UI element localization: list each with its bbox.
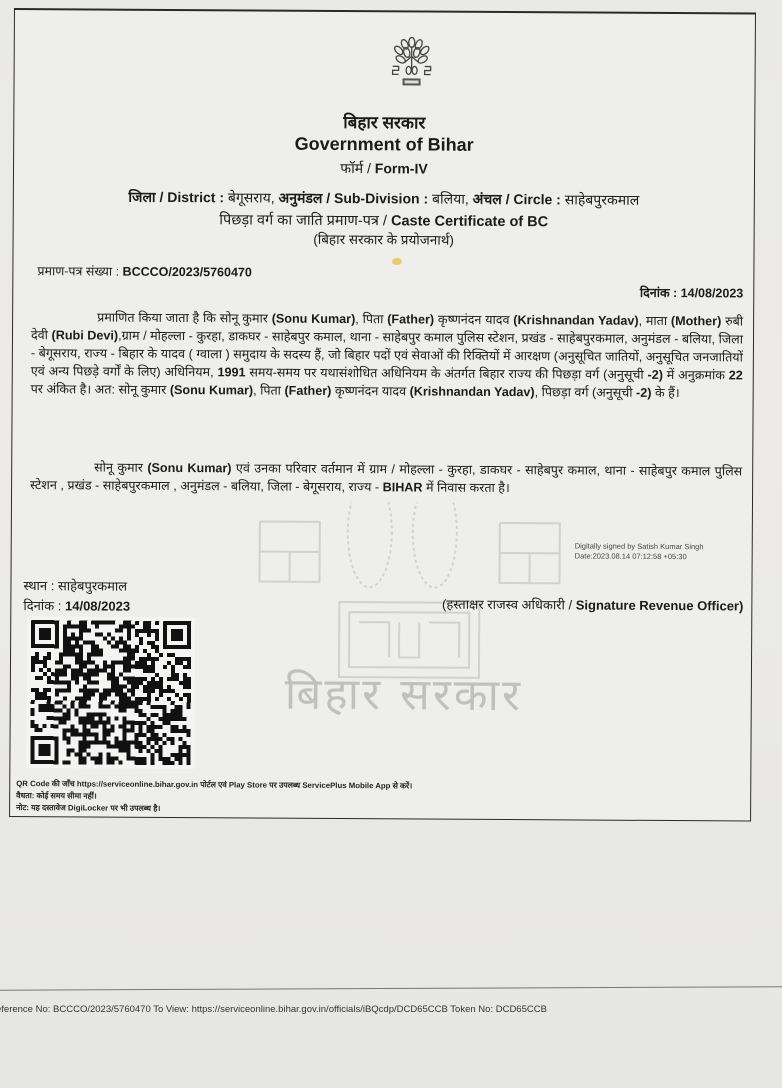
certificate-title-hindi: पिछड़ा वर्ग का जाति प्रमाण-पत्र / [219,212,387,229]
form-title: फॉर्म / Form-IV [14,157,754,181]
circle-value: साहेबपुरकमाल [565,191,640,207]
digital-signature: Digitally signed by Satish Kumar Singh D… [575,541,704,562]
subdivision-value: बलिया, [432,191,469,207]
certificate-purpose: (बिहार सरकार के प्रयोजनार्थ) [14,228,754,251]
issue-date: दिनांक : 14/08/2023 [640,284,743,302]
digital-signature-date: Date:2023.08.14 07:12:58 +05:30 [575,551,704,562]
validity-note: वैधता: कोई समय सीमा नहीं। [16,791,97,800]
english-government-title: Government of Bihar [14,132,754,158]
issue-date-value: 14/08/2023 [681,286,744,300]
bihar-emblem-icon [376,32,446,92]
certificate-title-english: Caste Certificate of BC [391,213,548,230]
issue-date-label: दिनांक : [640,286,677,300]
qr-code-icon[interactable] [26,616,195,769]
father-name-en: (Krishnandan Yadav) [513,313,638,328]
signature-label: (हस्ताक्षर राजस्व अधिकारी / Signature Re… [442,595,743,615]
place-date-label: दिनांक : [23,598,61,613]
certificate-body-paragraph-2: सोनू कुमार (Sonu Kumar) एवं उनका परिवार … [30,458,742,498]
place-value: साहेबपुरकमाल [58,578,127,593]
form-title-hindi: फॉर्म [340,160,363,176]
certificate-body-paragraph-1: प्रमाणित किया जाता है कि सोनू कुमार (Son… [31,308,744,402]
place-date-value: 14/08/2023 [65,598,130,613]
footer-divider [0,986,782,990]
watermark-text: बिहार सरकार [285,662,524,723]
footer-reference: eference No: BCCCO/2023/5760470 To View:… [0,1004,547,1015]
place-date-block: स्थान : साहेबपुरकमाल दिनांक : 14/08/2023 [23,576,130,617]
subdivision-label: अनुमंडल / Sub-Division : [278,190,428,207]
serial-number: 22 [729,368,743,382]
digilocker-note: DigiLocker [68,803,108,812]
place-label: स्थान : [23,578,54,593]
hindi-government-title: बिहार सरकार [14,108,754,136]
applicant-name-en: (Sonu Kumar) [272,312,356,327]
verification-notes: QR Code की जाँच https://serviceonline.bi… [16,778,412,816]
certificate-number: प्रमाण-पत्र संख्या : BCCCO/2023/5760470 [37,262,252,280]
jurisdiction-line: जिला / District : बेगूसराय, अनुमंडल / Su… [14,187,754,211]
verification-url[interactable]: https://serviceonline.bihar.gov.in [77,779,198,789]
paper-stain [392,258,402,265]
district-label: जिला / District : [128,189,224,206]
district-value: बेगूसराय, [228,189,275,205]
certificate-frame: बिहार सरकार Government of Bihar फॉर्म / … [9,8,756,822]
certificate-number-value: BCCCO/2023/5760470 [123,265,252,280]
certificate-number-label: प्रमाण-पत्र संख्या : [37,264,119,278]
form-title-english: Form-IV [375,160,428,176]
circle-label: अंचल / Circle : [473,191,561,208]
mother-name-en: (Rubi Devi) [52,328,119,342]
